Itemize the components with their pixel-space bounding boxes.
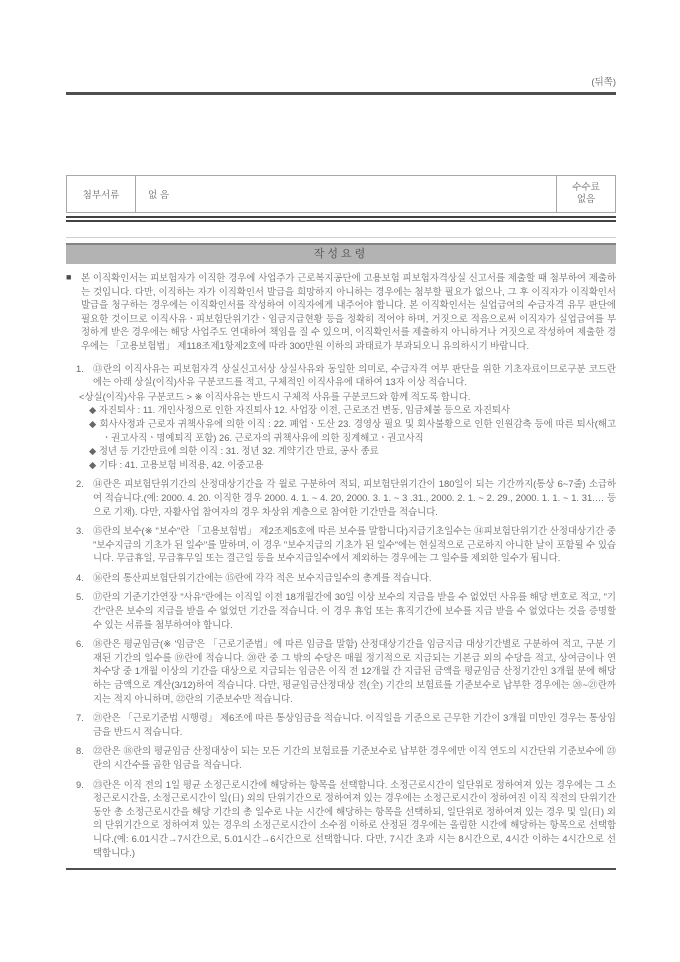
item-number: 5.: [76, 590, 93, 631]
intro-text: 본 이직확인서는 피보험자가 이직한 경우에 사업주가 근로복지공단에 고용보험…: [81, 271, 616, 353]
form-back-page: (뒤쪽) 첨부서류 없 음 수수료 없음 작성요령 ■ 본: [0, 0, 680, 962]
item-text: ⑯란의 통산피보험단위기간에는 ⑮란에 각각 적은 보수지급일수의 총계를 적습…: [93, 571, 616, 585]
item-body: ⑬란의 이직사유는 피보험자격 상실신고서상 상실사유와 동일한 의미로, 수급…: [93, 362, 616, 472]
instructions-body: ■ 본 이직확인서는 피보험자가 이직한 경우에 사업주가 근로복지공단에 고용…: [66, 271, 616, 859]
code-line: ◆ 자진퇴사 : 11. 개인사정으로 인한 자진퇴사 12. 사업장 이전, …: [89, 403, 616, 417]
section-title: 작성요령: [314, 248, 369, 260]
list-item: 5. ⑰란의 기준기간연장 "사유"란에는 이직일 이전 18개월간에 30일 …: [76, 590, 616, 631]
code-line: ◆ 정년 등 기간만료에 의한 이직 : 31. 정년 32. 계약기간 만료,…: [89, 444, 616, 458]
page-side-label: (뒤쪽): [66, 0, 616, 88]
list-item: 7. ㉑란은 「근로기준법 시행령」 제6조에 따른 통상임금을 적습니다. 이…: [76, 711, 616, 738]
item-number: 6.: [76, 637, 93, 705]
attachment-table: 첨부서류 없 음 수수료 없음: [66, 175, 616, 213]
item-text: ⑰란의 기준기간연장 "사유"란에는 이직일 이전 18개월간에 30일 이상 …: [93, 590, 616, 631]
item-text: ⑮란의 보수(※ "보수"란 「고용보험법」 제2조제5호에 따른 보수를 말합…: [93, 524, 616, 565]
code-line: ◆ 회사사정과 근로자 귀책사유에 의한 이직 : 22. 폐업ㆍ도산 23. …: [89, 417, 616, 444]
fee-label: 수수료: [558, 182, 614, 194]
list-item: 1. ⑬란의 이직사유는 피보험자격 상실신고서상 상실사유와 동일한 의미로,…: [76, 362, 616, 472]
section-top-thin-rule: [66, 237, 616, 238]
list-item: 4. ⑯란의 통산피보험단위기간에는 ⑮란에 각각 적은 보수지급일수의 총계를…: [76, 571, 616, 585]
intro-paragraph: ■ 본 이직확인서는 피보험자가 이직한 경우에 사업주가 근로복지공단에 고용…: [66, 271, 616, 353]
section-title-bar: 작성요령: [66, 243, 616, 264]
list-item: 8. ㉒란은 ⑱란의 평균임금 산정대상이 되는 모든 기간의 보험료를 기준보…: [76, 744, 616, 771]
item-number: 9.: [76, 778, 93, 860]
square-bullet-icon: ■: [66, 271, 81, 353]
list-item: 6. ⑱란은 평균임금(※ '임금'은 「근로기준법」에 따른 임금을 말함) …: [76, 637, 616, 705]
attachment-row: 첨부서류 없 음 수수료 없음: [67, 176, 616, 213]
list-item: 9. ㉓란은 이직 전의 1일 평균 소정근로시간에 해당하는 항목을 선택합니…: [76, 778, 616, 860]
item-text: ㉑란은 「근로기준법 시행령」 제6조에 따른 통상임금을 적습니다. 이직일을…: [93, 711, 616, 738]
page-content: (뒤쪽) 첨부서류 없 음 수수료 없음 작성요령 ■ 본: [66, 0, 616, 870]
list-item: 3. ⑮란의 보수(※ "보수"란 「고용보험법」 제2조제5호에 따른 보수를…: [76, 524, 616, 565]
bottom-rule: [66, 868, 616, 870]
item-text: ⑬란의 이직사유는 피보험자격 상실신고서상 상실사유와 동일한 의미로, 수급…: [93, 363, 616, 388]
instruction-items: 1. ⑬란의 이직사유는 피보험자격 상실신고서상 상실사유와 동일한 의미로,…: [66, 362, 616, 860]
attachment-label: 첨부서류: [67, 176, 136, 213]
item-text: ⑱란은 평균임금(※ '임금'은 「근로기준법」에 따른 임금을 말함) 산정대…: [93, 637, 616, 705]
fee-cell: 수수료 없음: [557, 176, 616, 213]
item-text: ㉓란은 이직 전의 1일 평균 소정근로시간에 해당하는 항목을 선택합니다. …: [93, 778, 616, 860]
list-item: 2. ⑭란은 피보험단위기간의 산정대상기간을 각 월로 구분하여 적되, 피보…: [76, 477, 616, 518]
item-number: 3.: [76, 524, 93, 565]
attachment-value: 없 음: [136, 176, 557, 213]
item-text: ㉒란은 ⑱란의 평균임금 산정대상이 되는 모든 기간의 보험료를 기준보수로 …: [93, 744, 616, 771]
item-number: 2.: [76, 477, 93, 518]
fee-value: 없음: [558, 194, 614, 206]
table-bottom-double-rule: [66, 216, 616, 222]
code-note: <상실(이직)사유 구분코드 > ※ 이직사유는 반드시 구체적 사유를 구분코…: [79, 390, 616, 404]
item-number: 8.: [76, 744, 93, 771]
item-number: 4.: [76, 571, 93, 585]
item-text: ⑭란은 피보험단위기간의 산정대상기간을 각 월로 구분하여 적되, 피보험단위…: [93, 477, 616, 518]
code-line: ◆ 기타 : 41. 고용보험 비적용, 42. 이중고용: [89, 458, 616, 472]
top-rule: [66, 92, 616, 95]
item-number: 7.: [76, 711, 93, 738]
